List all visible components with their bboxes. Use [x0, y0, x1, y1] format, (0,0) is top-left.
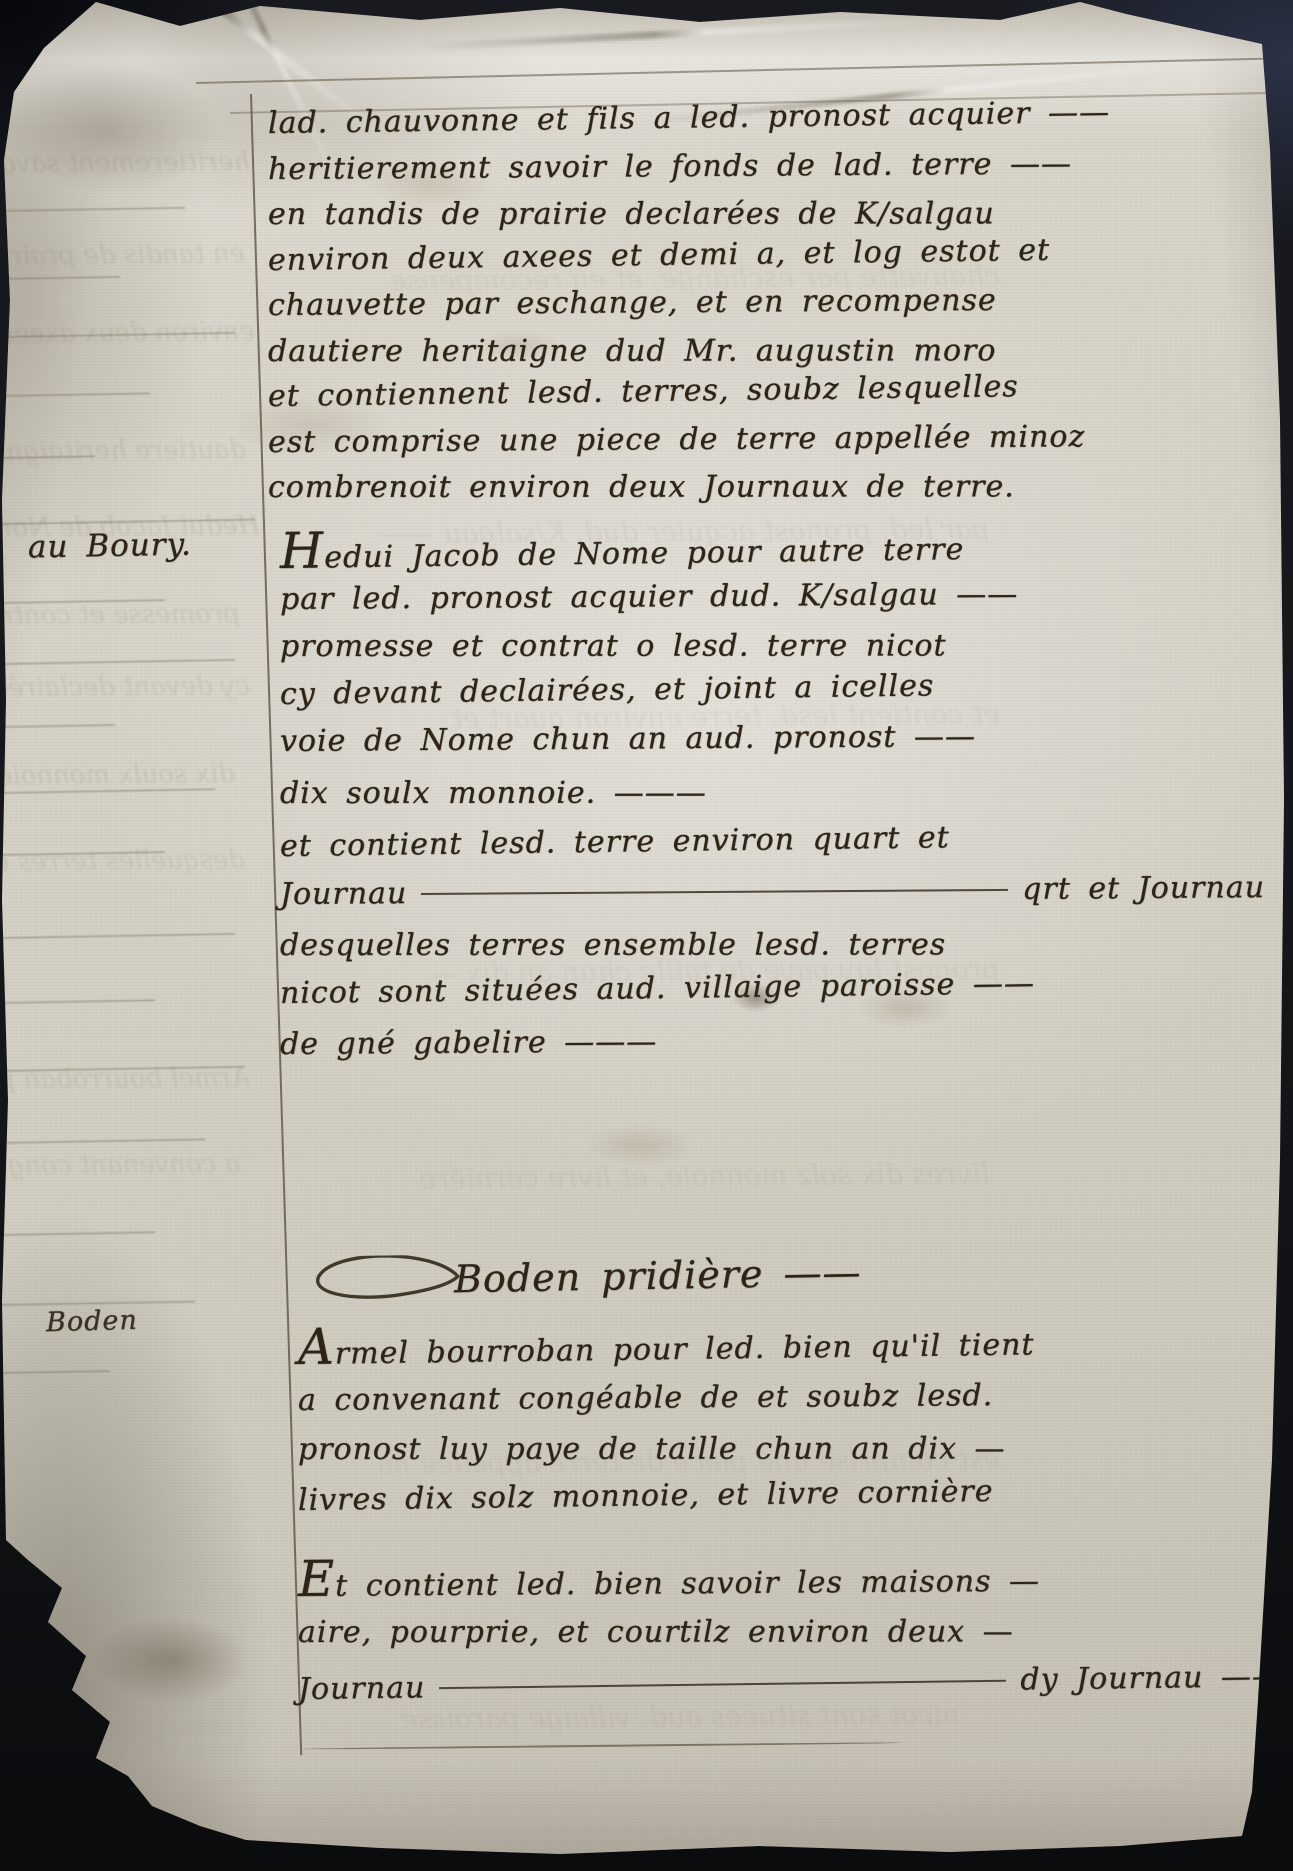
text-line: et contiennent lesd. terres, soubz lesqu… [268, 369, 1019, 414]
text-line: lad. chauvonne et fils a led. pronost ac… [268, 95, 1110, 141]
bleedthrough-rule [0, 933, 235, 939]
paper-sheet: heritierement savoir le fonds de lad. te… [0, 0, 1293, 1871]
margin-note-boden: Boden [46, 1305, 139, 1338]
bleedthrough-rule [0, 724, 115, 728]
text-line: dautiere heritaigne dud Mr. augustin mor… [268, 333, 996, 369]
bleedthrough-rule [0, 1138, 205, 1144]
filler-rule [439, 1678, 1006, 1689]
text-line: combrenoit environ deux Journaux de terr… [268, 469, 1015, 505]
bleedthrough-rule [0, 599, 165, 604]
bleedthrough-rule [0, 851, 165, 856]
margin-note-au-boury: au Boury. [28, 527, 192, 566]
bleedthrough-text: heritierement savoir le fonds de lad. te… [0, 147, 250, 179]
text-line: et contient lesd. terre environ quart et [280, 820, 950, 864]
bleedthrough-rule [0, 1370, 110, 1374]
bleedthrough-rule [0, 788, 215, 794]
bleedthrough-text: en tandis de prairie declarées de K/salg… [0, 239, 245, 271]
text-line: Journauqrt et Journau [280, 870, 1265, 912]
bleedthrough-rule [0, 332, 235, 338]
text-line-right: qrt et Journau [1022, 870, 1265, 907]
text-line: dix soulx monnoie. ——— [280, 775, 707, 810]
bleedthrough-rule [0, 276, 120, 280]
bleedthrough-text: desquelles terres ensemble lesd. terres [0, 845, 245, 877]
scanned-manuscript-page: heritierement savoir le fonds de lad. te… [0, 0, 1293, 1871]
bleedthrough-text: cy devant declairées, et joint a icelles [0, 671, 250, 703]
text-line: livres dix solz monnoie, et livre corniè… [298, 1474, 994, 1518]
text-line: desquelles terres ensemble lesd. terres [280, 927, 946, 963]
text-line: Et contient led. bien savoir les maisons… [298, 1557, 1040, 1604]
bleedthrough-rule [0, 999, 155, 1004]
bleedthrough-text: a convenant congéable de et soubz lesd. [0, 1149, 240, 1181]
text-line: cy devant declairées, et joint a icelles [280, 668, 935, 712]
text-line-right: dy Journau —— [1020, 1659, 1283, 1697]
bleedthrough-rule [0, 659, 235, 665]
text-line: est comprise une piece de terre appellée… [268, 419, 1085, 460]
text-line: Journaudy Journau —— [298, 1659, 1283, 1707]
bleedthrough-rule [0, 207, 185, 212]
text-line: aire, pourprie, et courtilz environ deux… [298, 1614, 1014, 1650]
heading-flourish-icon [310, 1254, 461, 1309]
crease-line [420, 16, 940, 50]
bleedthrough-text: dautiere heritaigne dud Mr. augustin mor… [6, 435, 246, 467]
text-line: pronost luy paye de taille chun an dix — [298, 1431, 1006, 1467]
text-line: en tandis de prairie declarées de K/salg… [268, 196, 995, 232]
text-line: environ deux axees et demi a, et log est… [268, 232, 1051, 277]
text-line: nicot sont situées aud. villaige paroiss… [280, 966, 1035, 1011]
bleedthrough-text: livres dix solz monnoie, et livre corniè… [340, 1157, 990, 1196]
entry-heading-text: Boden pridière —— [454, 1250, 862, 1301]
bleedthrough-rule [0, 1231, 155, 1236]
text-line: a convenant congéable de et soubz lesd. [298, 1378, 993, 1418]
text-line: Hedui Jacob de Nome pour autre terre [280, 525, 965, 576]
bleedthrough-rule [0, 392, 150, 397]
entry-end-rule [302, 1742, 902, 1750]
bleedthrough-rule [0, 1066, 245, 1072]
text-line-left: Journau [280, 876, 408, 912]
bleedthrough-text: promesse et contrat o lesd. terre nicot [0, 599, 240, 631]
bleedthrough-rule [0, 519, 255, 525]
entry-heading: Boden pridière —— [310, 1247, 862, 1309]
text-line: heritierement savoir le fonds de lad. te… [268, 146, 1072, 187]
filler-rule [421, 886, 1008, 894]
text-line-left: Journau [298, 1670, 426, 1707]
bleedthrough-rule [0, 455, 95, 459]
text-line: par led. pronost acquier dud. K/salgau —… [280, 576, 1018, 616]
text-line: de gné gabelire ——— [280, 1024, 657, 1062]
text-line: Armel bourroban pour led. bien qu'il tie… [298, 1320, 1035, 1372]
text-line: promesse et contrat o lesd. terre nicot [280, 628, 947, 664]
bleedthrough-text: dix soulx monnoie. ——— [0, 759, 235, 791]
text-line: chauvette par eschange, et en recompense [268, 283, 997, 323]
text-line: voie de Nome chun an aud. pronost —— [280, 719, 976, 759]
